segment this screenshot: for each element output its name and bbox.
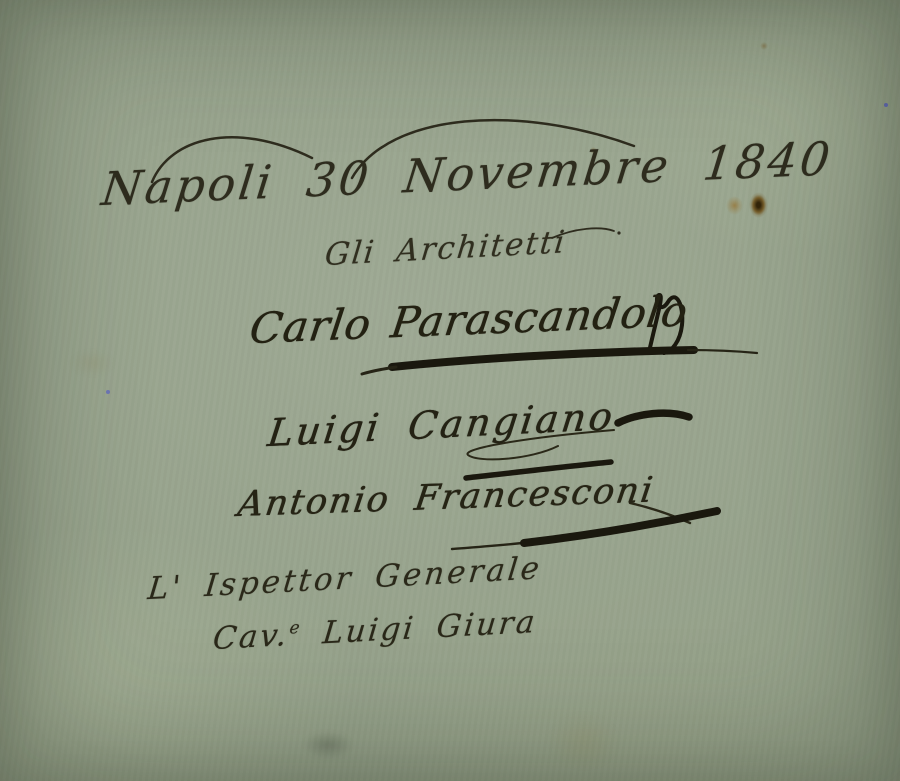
francesconi-flourish-thin bbox=[452, 542, 532, 549]
parascandolo-underline bbox=[392, 350, 694, 367]
parascandolo-underline-tail-right bbox=[688, 350, 757, 353]
ink-flourishes bbox=[0, 0, 900, 781]
period-after-architetti bbox=[617, 231, 620, 234]
francesconi-flourish-heavy bbox=[524, 511, 717, 543]
superscript-abbreviation: e bbox=[288, 618, 303, 639]
cangiano-terminal-dash bbox=[618, 413, 689, 423]
manuscript-photo: Napoli 30 Novembre 1840 Gli Architetti C… bbox=[0, 0, 900, 781]
handwritten-text: Cav. bbox=[211, 617, 291, 657]
